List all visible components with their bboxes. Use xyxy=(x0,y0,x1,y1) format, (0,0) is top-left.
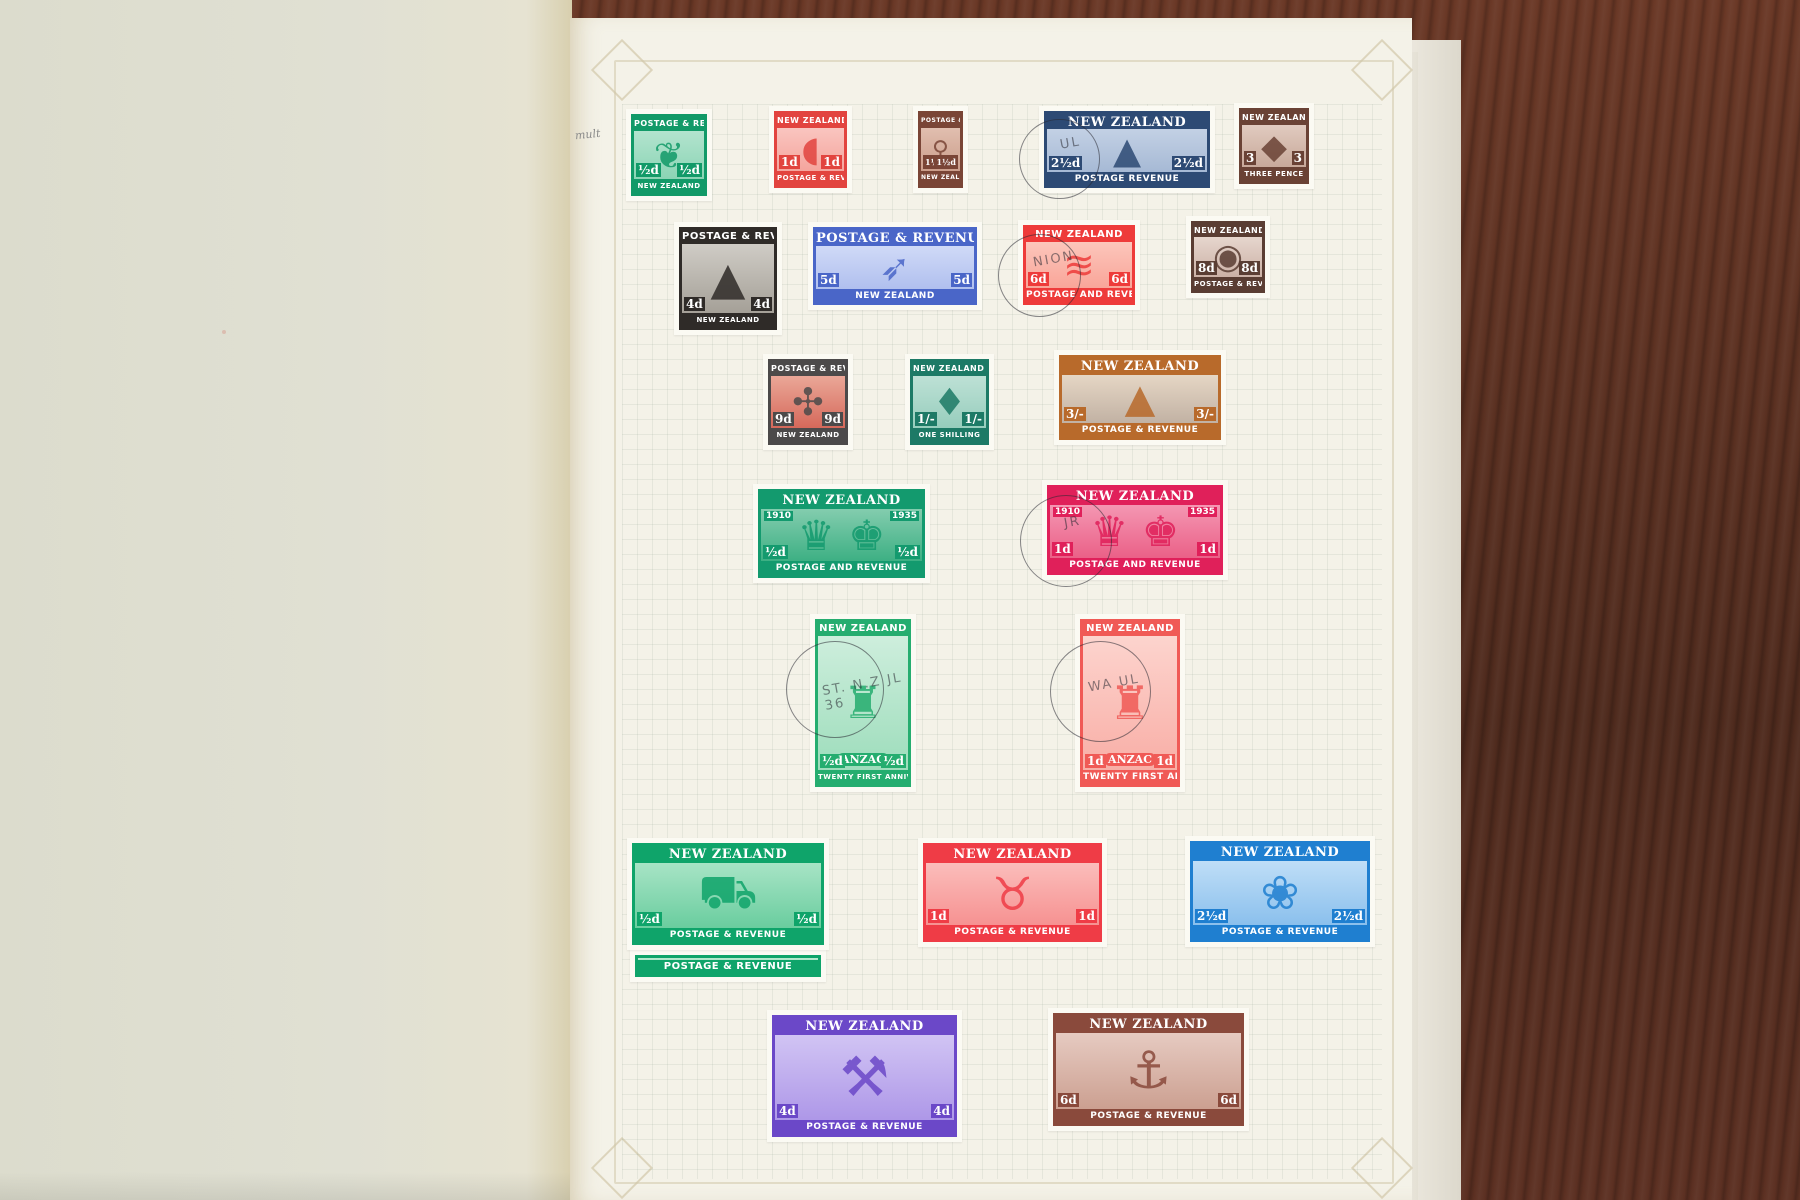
stamp-maori-girl-3d[interactable]: NEW ZEALAND◆33THREE PENCE xyxy=(1234,103,1314,189)
stamp-value: 2½d xyxy=(1049,156,1082,170)
stamp-vignette: ♉1d1d xyxy=(926,863,1099,925)
stamp-value: 1/- xyxy=(962,412,984,426)
stamp-value: 6d xyxy=(1218,1093,1239,1107)
album-left-page xyxy=(0,0,572,1200)
stamp-top-inscription: POSTAGE & REVENUE xyxy=(816,230,974,246)
stamp-congress-6d[interactable]: NEW ZEALAND⚓6d6dPOSTAGE & REVENUE xyxy=(1048,1008,1249,1131)
stamp-value: 3 xyxy=(1244,151,1256,165)
stamp-bottom-inscription: POSTAGE REVENUE xyxy=(1047,172,1207,185)
stamp-bottom-inscription: NEW ZEALAND xyxy=(921,171,960,185)
stamp-face: NEW ZEALAND⚓6d6dPOSTAGE & REVENUE xyxy=(1053,1013,1244,1126)
stamp-top-inscription: NEW ZEALAND xyxy=(1026,228,1132,242)
stamp-bottom-inscription: NEW ZEALAND xyxy=(634,179,704,193)
stamp-top-inscription: NEW ZEALAND xyxy=(818,622,908,636)
stamp-vignette: ▲4d4d xyxy=(682,244,774,313)
stamp-bottom-inscription: THREE PENCE xyxy=(1242,167,1306,181)
stamp-face: NEW ZEALAND❀2½d2½dPOSTAGE & REVENUE xyxy=(1190,841,1370,942)
stamp-value: 3/- xyxy=(1064,407,1086,421)
stamp-design-icon: ♉ xyxy=(992,868,1033,921)
stamp-top-inscription: NEW ZEALAND xyxy=(1062,358,1218,375)
stamp-vignette: ♦1/-1/- xyxy=(913,376,986,428)
stamp-bottom-inscription: TWENTY FIRST ANNIVERSARY xyxy=(1083,770,1177,784)
stamp-vignette: ▲2½d2½d xyxy=(1047,129,1207,172)
stamp-top-inscription: POSTAGE & REVENUE xyxy=(682,230,774,244)
stamp-value: ½d xyxy=(881,754,906,768)
stamp-top-inscription: NEW ZEALAND xyxy=(1056,1016,1241,1033)
stamp-bottom-inscription: POSTAGE & REVENUE xyxy=(635,928,821,942)
stamp-face: NEW ZEALAND♜ANZAC1d1dTWENTY FIRST ANNIVE… xyxy=(1080,619,1180,787)
stamp-bottom-inscription: POSTAGE AND REVENUE xyxy=(1050,558,1220,572)
stamp-vignette: ♀1½d1½d xyxy=(921,128,960,171)
stamp-congress-half-d[interactable]: NEW ZEALAND⛟½d½dPOSTAGE & REVENUE xyxy=(627,838,829,950)
stamp-value: 1d xyxy=(928,909,949,923)
stamp-vignette: ◖1d1d xyxy=(777,128,844,171)
stamp-design-icon: ⛟ xyxy=(698,865,757,926)
stamp-vignette: ❦½d½d xyxy=(634,131,704,179)
stamp-face: NEW ZEALAND⛟½d½dPOSTAGE & REVENUE xyxy=(632,843,824,945)
stamp-top-inscription: NEW ZEALAND xyxy=(1193,844,1367,861)
stamp-top-inscription: NEW ZEALAND POSTAGE & REVENUE xyxy=(913,362,986,376)
stamp-bottom-inscription: POSTAGE & REVENUE xyxy=(775,1120,954,1134)
stamp-top-inscription: NEW ZEALAND xyxy=(777,114,844,128)
stamp-design-icon: ◖ xyxy=(801,130,819,170)
stamp-vignette: ♜ANZAC½d½d xyxy=(818,636,908,770)
stamp-value: 9d xyxy=(773,412,794,426)
stamp-top-inscription: NEW ZEALAND xyxy=(635,846,821,863)
stamp-value: 1d xyxy=(821,155,842,169)
stamp-bottom-inscription: NEW ZEALAND xyxy=(771,428,845,442)
stamp-bottom-inscription: POSTAGE & REVENUE xyxy=(1062,423,1218,437)
stamp-design-icon: ♦ xyxy=(933,380,967,424)
stamp-value: 4d xyxy=(751,297,772,311)
stamp-face: NEW ZEALAND▲2½d2½dPOSTAGE REVENUE xyxy=(1044,111,1210,188)
stamp-top-inscription: NEW ZEALAND xyxy=(1083,622,1177,636)
stamp-value: 3/- xyxy=(1194,407,1216,421)
stamp-face: POSTAGE & REVENUE➶5d5dNEW ZEALAND xyxy=(813,227,977,305)
stamp-value: 8d xyxy=(1239,261,1260,275)
stamp-vignette: ⚒4d4d xyxy=(775,1035,954,1120)
stamp-bottom-inscription: POSTAGE AND REVENUE xyxy=(1026,288,1132,302)
stamp-face: NEW ZEALAND⚒4d4dPOSTAGE & REVENUE xyxy=(772,1015,957,1137)
stamp-top-inscription: POSTAGE & REVENUE xyxy=(771,362,845,376)
stamp-bottom-inscription: NEW ZEALAND xyxy=(816,289,974,302)
stamp-design-icon: ▲ xyxy=(1113,129,1141,172)
stamp-tui-1s[interactable]: NEW ZEALAND POSTAGE & REVENUE♦1/-1/-ONE … xyxy=(905,354,994,450)
stamp-design-icon: ⚓ xyxy=(1125,1041,1171,1101)
stamp-bottom-inscription: POSTAGE & REVENUE xyxy=(1056,1109,1241,1123)
stamp-maori-panel-9d[interactable]: POSTAGE & REVENUE✣9d9dNEW ZEALAND xyxy=(763,354,853,450)
stamp-design-icon: ♜ xyxy=(1109,676,1150,730)
stamp-face: NEW ZEALAND♛ ♚191019351d1dPOSTAGE AND RE… xyxy=(1047,485,1223,575)
stamp-top-inscription: NEW ZEALAND xyxy=(1050,488,1220,505)
stamp-value: 1d xyxy=(779,155,800,169)
stamp-value: 4d xyxy=(777,1104,798,1118)
stamp-value: 1d xyxy=(1052,542,1073,556)
stamp-face: NEW ZEALAND≋6d6dPOSTAGE AND REVENUE xyxy=(1023,225,1135,305)
stamp-year: 1935 xyxy=(890,511,919,521)
stamp-top-inscription: NEW ZEALAND xyxy=(1242,111,1306,125)
stamp-value: 1½d xyxy=(934,155,958,169)
stamp-face: POSTAGE & REVENUE♀1½d1½dNEW ZEALAND xyxy=(918,111,963,188)
stamp-value: 6d xyxy=(1109,272,1130,286)
stamp-value: 6d xyxy=(1028,272,1049,286)
stamp-value: 1d xyxy=(1085,754,1106,768)
stamp-face: NEW ZEALAND♉1d1dPOSTAGE & REVENUE xyxy=(923,843,1102,942)
strip-label: POSTAGE & REVENUE xyxy=(638,960,818,974)
stamp-value: 1d xyxy=(1154,754,1175,768)
stamp-value: 5d xyxy=(951,273,972,287)
stamp-banner: ANZAC xyxy=(1104,753,1156,766)
stamp-top-inscription: POSTAGE & REVENUE xyxy=(921,114,960,128)
stamp-fantail-half-d[interactable]: POSTAGE & REVENUE❦½d½dNEW ZEALAND xyxy=(626,109,712,201)
stamp-face: NEW ZEALAND POSTAGE & REVENUE♦1/-1/-ONE … xyxy=(910,359,989,445)
stamp-vignette: ➶5d5d xyxy=(816,246,974,289)
stamp-vignette: ≋6d6d xyxy=(1026,242,1132,288)
page-mark xyxy=(222,330,226,334)
stamp-value: 2½d xyxy=(1195,909,1228,923)
stamp-design-icon: ✣ xyxy=(792,380,824,424)
stamp-design-icon: ⚒ xyxy=(840,1046,890,1110)
stamp-design-icon: ♜ xyxy=(843,678,883,729)
stamp-value: 5d xyxy=(818,273,839,287)
stamp-value: 1d xyxy=(1076,909,1097,923)
stamp-value: 3 xyxy=(1292,151,1304,165)
stamp-design-icon: ◆ xyxy=(1261,127,1287,166)
stamp-vignette: ♛ ♚19101935½d½d xyxy=(761,509,922,561)
stamp-vignette: ⚓6d6d xyxy=(1056,1033,1241,1109)
stamp-bottom-inscription: POSTAGE & REVENUE xyxy=(1193,925,1367,939)
stamp-design-icon: ❀ xyxy=(1260,866,1299,920)
stamp-jubilee-half-d[interactable]: NEW ZEALAND♛ ♚19101935½d½dPOSTAGE AND RE… xyxy=(753,484,930,583)
stamp-value: 8d xyxy=(1196,261,1217,275)
stamp-face: POSTAGE & REVENUE✣9d9dNEW ZEALAND xyxy=(768,359,848,445)
stamp-bottom-inscription: ONE SHILLING xyxy=(913,428,986,442)
stamp-value: 1/- xyxy=(915,412,937,426)
stamp-vignette: ◉8d8d xyxy=(1194,237,1262,277)
stamp-jubilee-1d[interactable]: NEW ZEALAND♛ ♚191019351d1dPOSTAGE AND RE… xyxy=(1042,480,1228,580)
stamp-anzac-half-d[interactable]: NEW ZEALAND♜ANZAC½d½dTWENTY FIRST ANNIVE… xyxy=(810,614,916,792)
stamp-bottom-inscription: NEW ZEALAND xyxy=(682,313,774,327)
stamp-top-inscription: NEW ZEALAND xyxy=(1194,224,1262,237)
stamp-face: NEW ZEALAND◆33THREE PENCE xyxy=(1239,108,1309,184)
stamp-top-inscription: NEW ZEALAND xyxy=(1047,114,1207,129)
stamp-bottom-inscription: TWENTY FIRST ANNIVERSARY xyxy=(818,770,908,784)
stamp-tuatara-8d[interactable]: NEW ZEALAND◉8d8dPOSTAGE & REVENUE xyxy=(1186,216,1270,298)
stamp-maori-woman-1-half-d[interactable]: POSTAGE & REVENUE♀1½d1½dNEW ZEALAND xyxy=(913,106,968,193)
stamp-value: ½d xyxy=(820,754,845,768)
stamp-value: 2½d xyxy=(1332,909,1365,923)
stamp-anzac-1d[interactable]: NEW ZEALAND♜ANZAC1d1dTWENTY FIRST ANNIVE… xyxy=(1075,614,1185,792)
stamp-design-icon: ♛ ♚ xyxy=(1091,507,1180,556)
stamp-design-icon: ♛ ♚ xyxy=(798,511,886,560)
stamp-design-icon: ≋ xyxy=(1063,243,1095,287)
stamp-design-icon: ▲ xyxy=(1125,376,1156,422)
stamp-top-inscription: POSTAGE & REVENUE xyxy=(634,117,704,131)
stamp-value: ½d xyxy=(895,545,920,559)
stamp-top-inscription: NEW ZEALAND xyxy=(761,492,922,509)
stamp-vignette: ❀2½d2½d xyxy=(1193,861,1367,925)
stamp-face: NEW ZEALAND◖1d1dPOSTAGE & REVENUE xyxy=(774,111,847,188)
stamp-vignette: ◆33 xyxy=(1242,125,1306,167)
stamp-strip[interactable]: POSTAGE & REVENUE xyxy=(630,950,826,982)
stamp-bottom-inscription: POSTAGE AND REVENUE xyxy=(761,561,922,575)
stamp-kiwi-1d[interactable]: NEW ZEALAND◖1d1dPOSTAGE & REVENUE xyxy=(769,106,852,193)
pencil-note: mult xyxy=(574,127,601,143)
stamp-face: POSTAGE & REVENUE❦½d½dNEW ZEALAND xyxy=(631,114,707,196)
stamp-congress-4d[interactable]: NEW ZEALAND⚒4d4dPOSTAGE & REVENUE xyxy=(767,1010,962,1142)
stamp-year: 1910 xyxy=(764,511,793,521)
stamp-face: NEW ZEALAND▲3/-3/-POSTAGE & REVENUE xyxy=(1059,355,1221,440)
stamp-value: ½d xyxy=(637,912,662,926)
stamp-design-icon: ▲ xyxy=(711,252,746,305)
stamp-value: ½d xyxy=(763,545,788,559)
stamp-vignette: ♜ANZAC1d1d xyxy=(1083,636,1177,770)
stamp-top-inscription: NEW ZEALAND xyxy=(775,1018,954,1035)
stamp-top-inscription: NEW ZEALAND xyxy=(926,846,1099,863)
stamp-face: NEW ZEALAND♛ ♚19101935½d½dPOSTAGE AND RE… xyxy=(758,489,925,578)
stamp-value: 9d xyxy=(822,412,843,426)
stamp-design-icon: ➶ xyxy=(880,246,911,289)
stamp-value: 2½d xyxy=(1172,156,1205,170)
stamp-face: NEW ZEALAND♜ANZAC½d½dTWENTY FIRST ANNIVE… xyxy=(815,619,911,787)
stamp-bottom-inscription: POSTAGE & REVENUE xyxy=(777,171,844,185)
stamp-vignette: ✣9d9d xyxy=(771,376,845,428)
stamp-year: 1935 xyxy=(1188,507,1217,517)
stamp-vignette: ▲3/-3/- xyxy=(1062,375,1218,423)
stamp-value: 4d xyxy=(931,1104,952,1118)
stamp-congress-1d[interactable]: NEW ZEALAND♉1d1dPOSTAGE & REVENUE xyxy=(918,838,1107,947)
stamp-swordfish-5d[interactable]: POSTAGE & REVENUE➶5d5dNEW ZEALAND xyxy=(808,222,982,310)
stamp-value: 6d xyxy=(1058,1093,1079,1107)
stamp-value: ½d xyxy=(794,912,819,926)
stamp-bottom-inscription: POSTAGE & REVENUE xyxy=(926,925,1099,939)
stamp-value: 4d xyxy=(684,297,705,311)
stamp-vignette: ♛ ♚191019351d1d xyxy=(1050,505,1220,558)
stamp-face: POSTAGE & REVENUE▲4d4dNEW ZEALAND xyxy=(679,227,777,330)
stamp-face: NEW ZEALAND◉8d8dPOSTAGE & REVENUE xyxy=(1191,221,1265,293)
stamp-value: ½d xyxy=(677,163,702,177)
stamp-value: 1d xyxy=(1197,542,1218,556)
stamp-congress-2-half-d[interactable]: NEW ZEALAND❀2½d2½dPOSTAGE & REVENUE xyxy=(1185,836,1375,947)
stamp-value: ½d xyxy=(636,163,661,177)
stamp-bottom-inscription: POSTAGE & REVENUE xyxy=(1194,277,1262,290)
stamp-harvesting-6d[interactable]: NEW ZEALAND≋6d6dPOSTAGE AND REVENUENION xyxy=(1018,220,1140,310)
stamp-year: 1910 xyxy=(1053,507,1082,517)
stamp-mt-cook-2-half-d[interactable]: NEW ZEALAND▲2½d2½dPOSTAGE REVENUEUL xyxy=(1039,106,1215,193)
stamp-mitre-peak-4d[interactable]: POSTAGE & REVENUE▲4d4dNEW ZEALAND xyxy=(674,222,782,335)
stamp-vignette: ⛟½d½d xyxy=(635,863,821,928)
stamp-mt-egmont-3s[interactable]: NEW ZEALAND▲3/-3/-POSTAGE & REVENUE xyxy=(1054,350,1226,445)
